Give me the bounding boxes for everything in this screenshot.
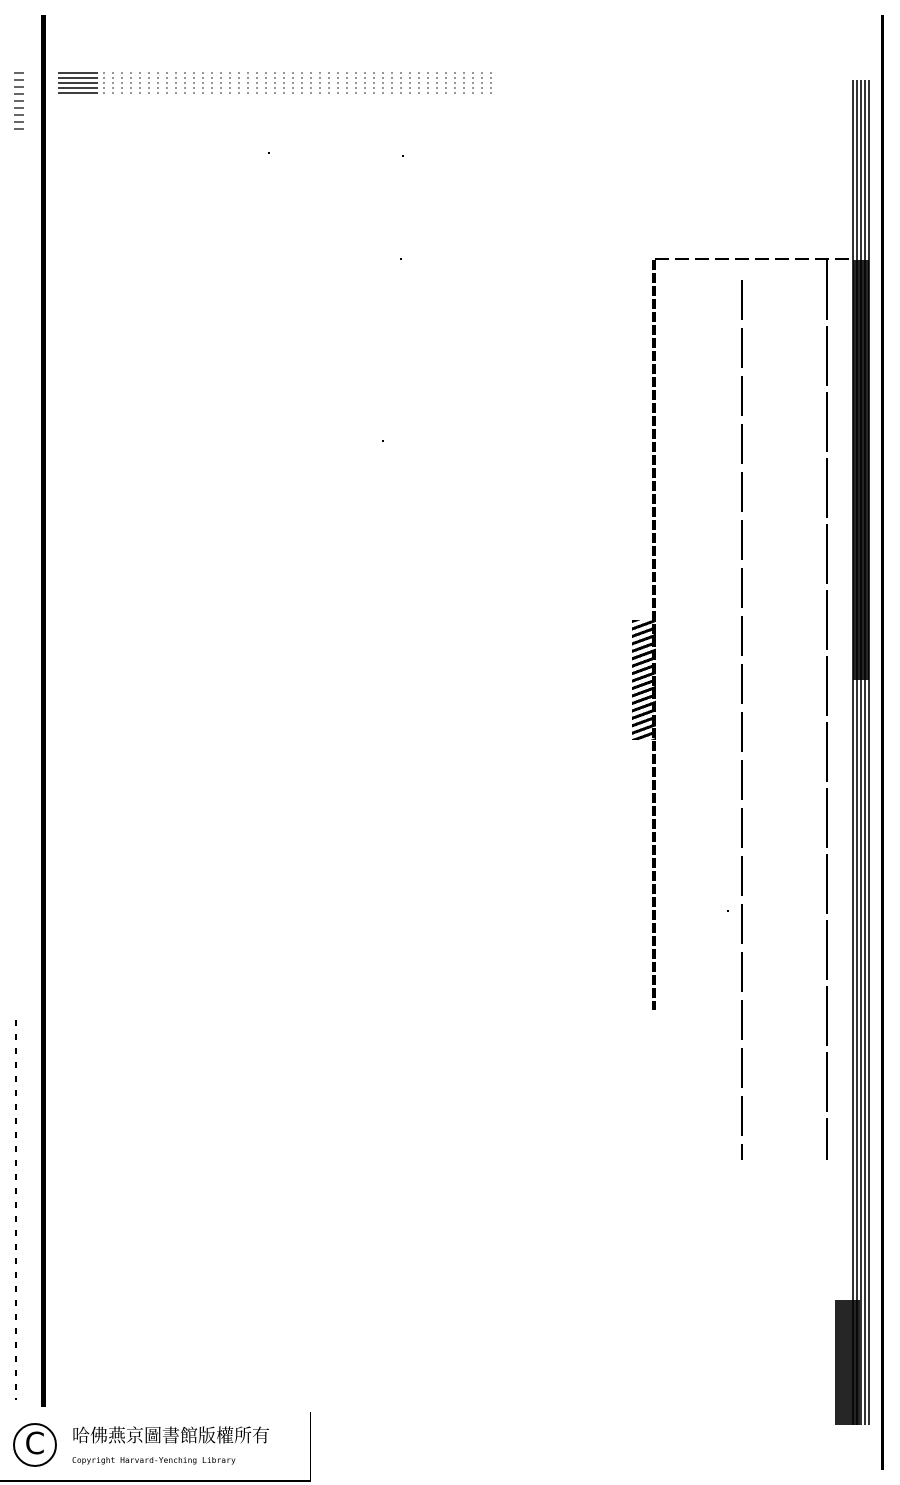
copyright-icon: C bbox=[13, 1423, 57, 1467]
speck bbox=[268, 152, 270, 154]
frame-column-divider bbox=[741, 280, 743, 1160]
frame-right-border bbox=[826, 260, 828, 1160]
left-border-line bbox=[41, 15, 46, 1407]
copyright-stamp: C 哈佛燕京圖書館版權所有 Copyright Harvard-Yenching… bbox=[0, 1412, 311, 1482]
copyright-chinese-text: 哈佛燕京圖書館版權所有 bbox=[72, 1422, 270, 1448]
left-margin-noise bbox=[14, 72, 24, 132]
top-scan-noise bbox=[58, 72, 498, 94]
copyright-english-text: Copyright Harvard-Yenching Library bbox=[72, 1456, 236, 1465]
right-edge-ink-bottom bbox=[835, 1300, 860, 1425]
speck bbox=[382, 440, 384, 442]
left-margin-dashes bbox=[15, 1020, 17, 1400]
right-border-line bbox=[881, 15, 884, 1470]
frame-top-border bbox=[655, 258, 855, 260]
right-edge-ink bbox=[853, 260, 869, 680]
speck bbox=[727, 910, 729, 912]
frame-ink-smudge bbox=[632, 620, 656, 740]
copyright-symbol: C bbox=[25, 1430, 46, 1460]
speck bbox=[402, 155, 404, 157]
scanned-page: C 哈佛燕京圖書館版權所有 Copyright Harvard-Yenching… bbox=[0, 0, 900, 1485]
speck bbox=[400, 258, 402, 260]
